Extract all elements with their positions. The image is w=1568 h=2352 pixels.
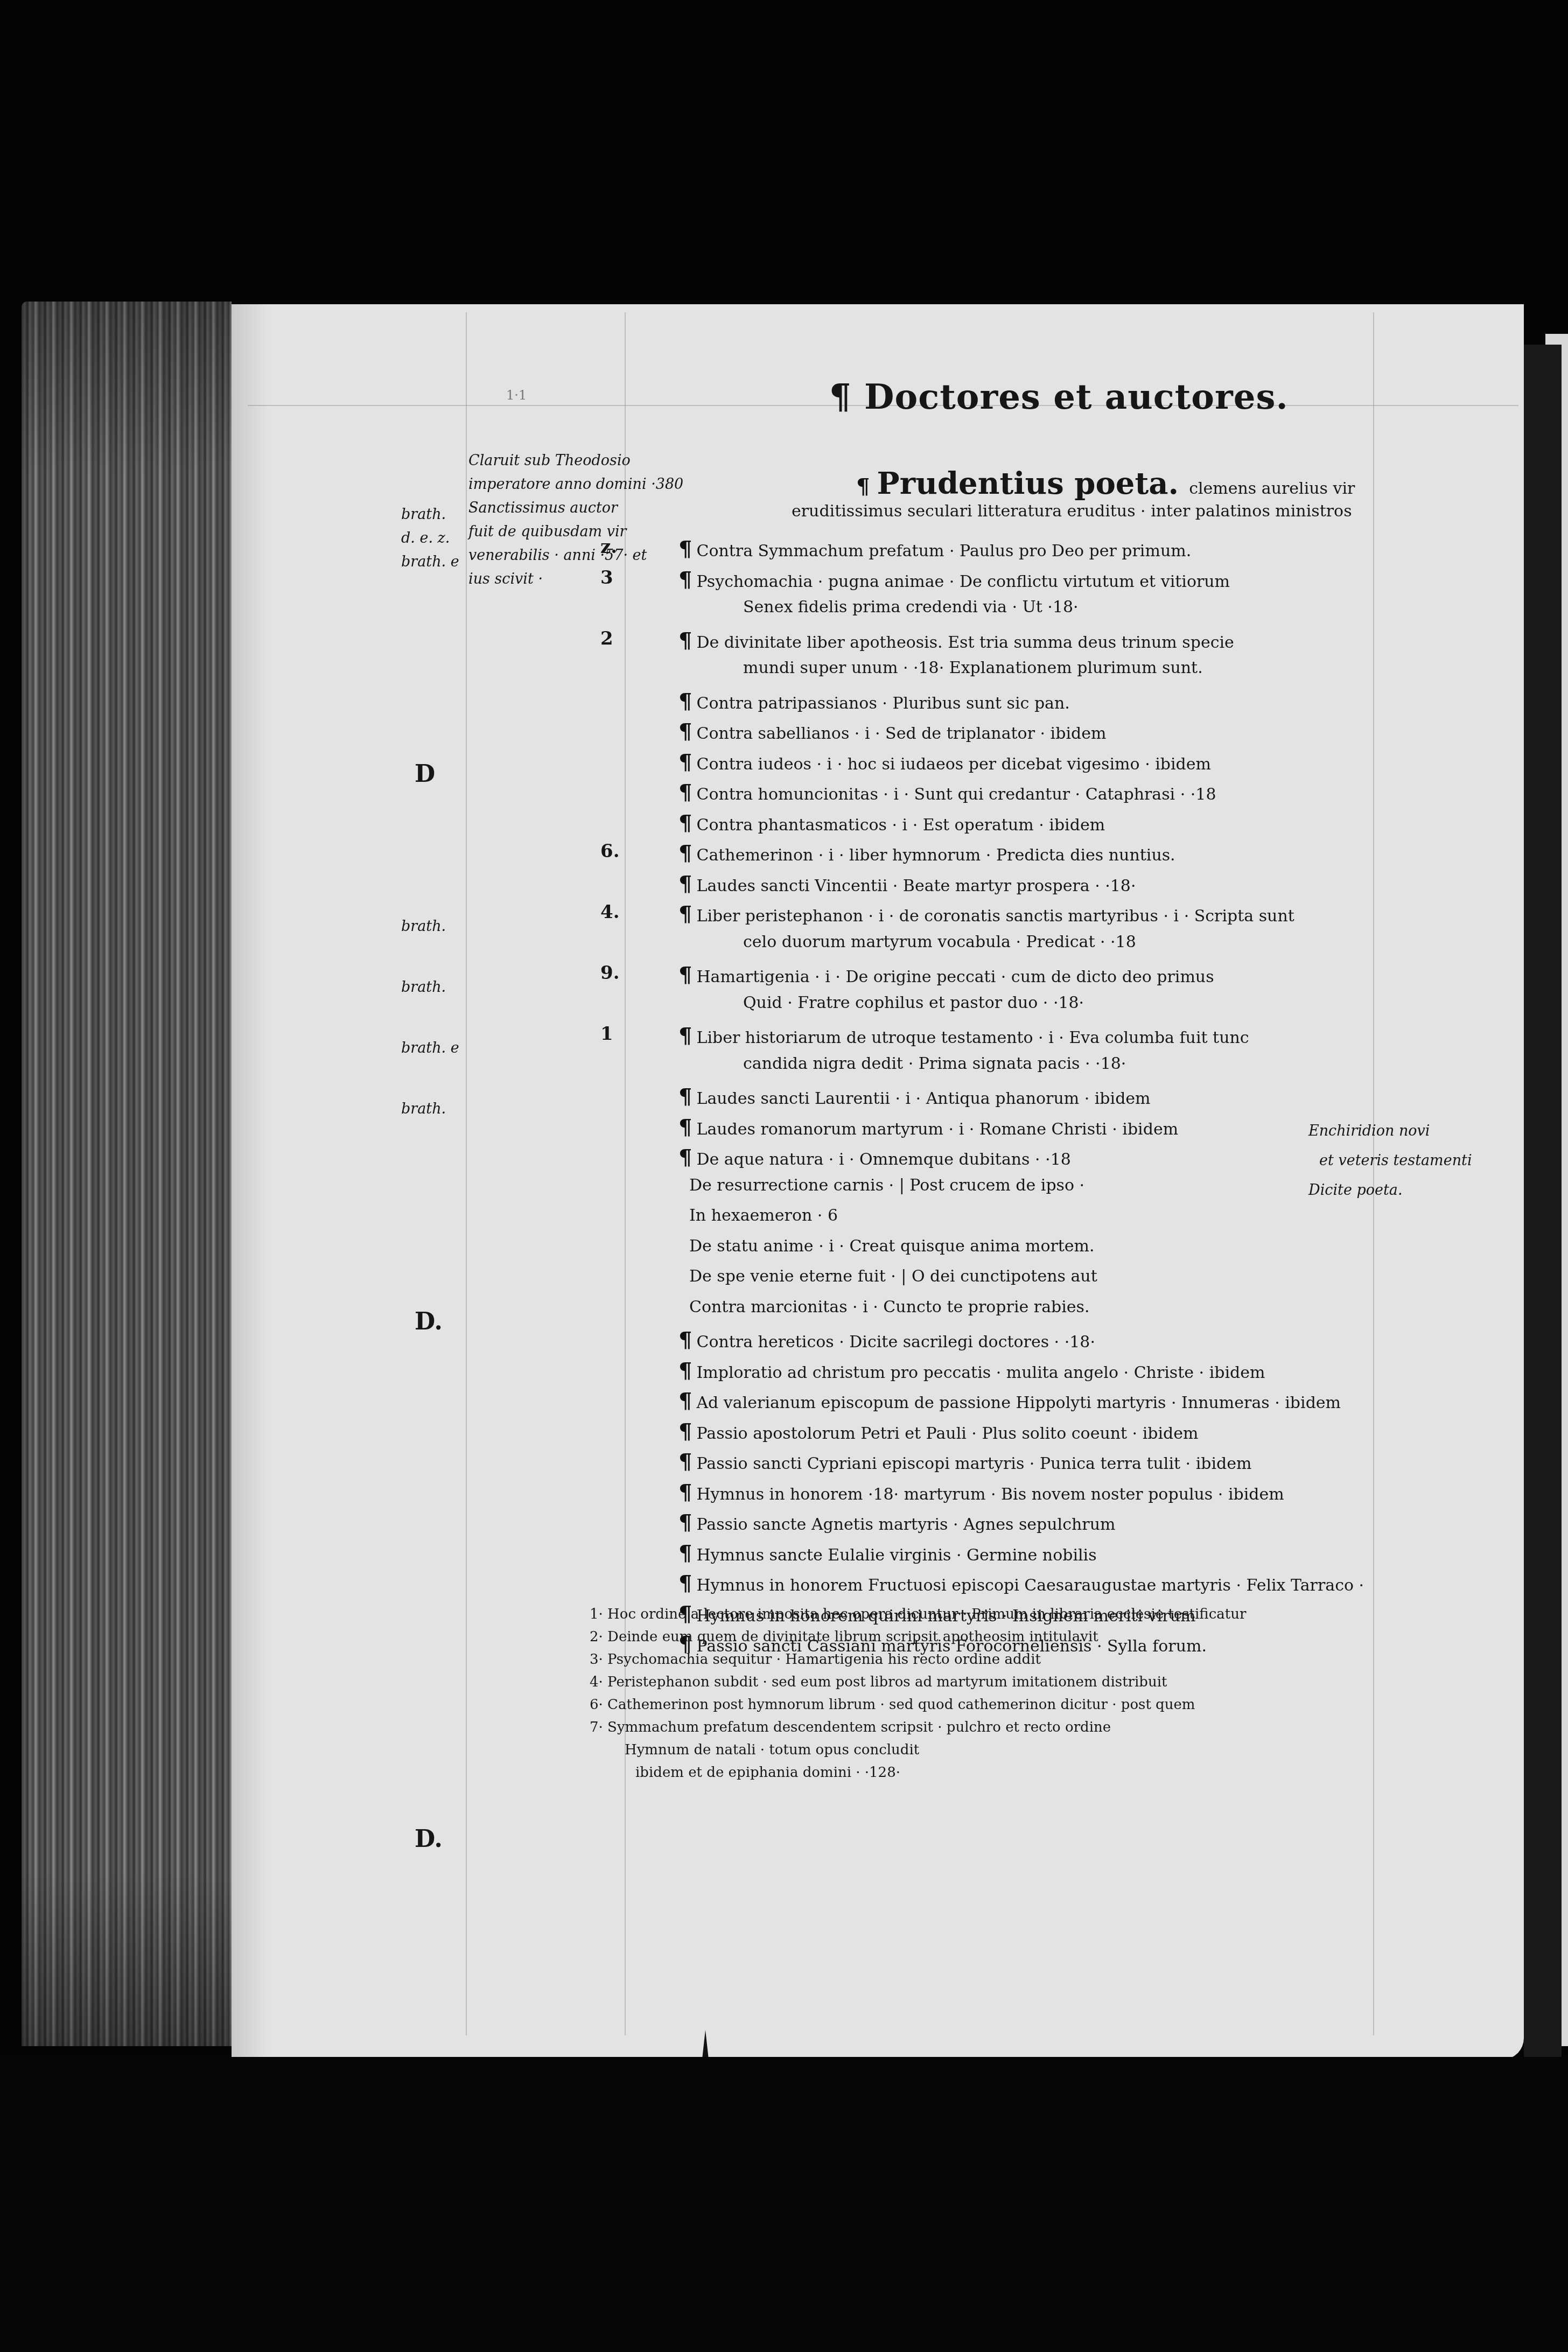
brath-mark: d. e. z. — [401, 530, 450, 547]
entry-text: Contra hereticos · Dicite sacrilegi doct… — [696, 1333, 1095, 1352]
entry-text: Liber peristephanon · i · de coronatis s… — [696, 907, 1294, 926]
pilcrow-icon: ¶ — [678, 901, 692, 927]
pilcrow-icon: ¶ — [678, 1084, 692, 1109]
entry-text: Contra Symmachum prefatum · Paulus pro D… — [696, 542, 1191, 561]
entry-text: Ad valerianum episcopum de passione Hipp… — [696, 1394, 1341, 1412]
pilcrow-icon: ¶ — [678, 841, 692, 866]
entry-text: De spe venie eterne fuit · | O dei cunct… — [689, 1267, 1097, 1286]
entry-text: Contra iudeos · i · hoc si iudaeos per d… — [696, 755, 1211, 774]
entry-text: Contra sabellianos · i · Sed de triplana… — [696, 724, 1106, 743]
brath-mark: brath. — [401, 918, 446, 935]
order-number: 9. — [600, 962, 620, 984]
pilcrow-icon: ¶ — [678, 689, 692, 714]
section-mark: D — [415, 760, 435, 788]
pilcrow-icon: ¶ — [678, 962, 692, 988]
binding-gutter — [1524, 345, 1562, 2068]
entry-text: Liber historiarum de utroque testamento … — [696, 1028, 1249, 1047]
pilcrow-icon: ¶ — [678, 628, 692, 653]
pilcrow-icon: ¶ — [678, 1327, 692, 1353]
order-number: 3 — [600, 567, 613, 589]
footnote-line: ibidem et de epiphania domini · ·128· — [635, 1766, 900, 1780]
entry-text: Contra homuncionitas · i · Sunt qui cred… — [696, 785, 1216, 804]
entry-text: celo duorum martyrum vocabula · Predicat… — [743, 933, 1136, 951]
entry-line: ¶Passio apostolorum Petri et Pauli · Plu… — [678, 1421, 1199, 1443]
pilcrow-icon: ¶ — [678, 871, 692, 897]
pilcrow-icon: ¶ — [678, 810, 692, 836]
bottom-shadow — [0, 2057, 1568, 2352]
entry-line: De spe venie eterne fuit · | O dei cunct… — [689, 1269, 1097, 1285]
entry-line: Senex fidelis prima credendi via · Ut ·1… — [743, 599, 1079, 615]
pilcrow-icon: ¶ — [678, 567, 692, 592]
biography-line: venerabilis · anni ·57· et — [468, 547, 647, 564]
footnote-line: 1· Hoc ordine a lectore imposita hec ope… — [590, 1607, 1246, 1621]
biography-line: ius scivit · — [468, 571, 543, 587]
entry-line: ¶Hamartigenia · i · De origine peccati ·… — [678, 964, 1214, 986]
order-number: 2 — [600, 628, 613, 649]
entry-text: Senex fidelis prima credendi via · Ut ·1… — [743, 598, 1079, 617]
entry-line: ¶Passio sancte Agnetis martyris · Agnes … — [678, 1512, 1115, 1534]
entry-line: ¶Laudes romanorum martyrum · i · Romane … — [678, 1117, 1178, 1138]
order-number: 1 — [600, 1023, 613, 1045]
author-intro-line: eruditissimus seculari litteratura erudi… — [792, 503, 1352, 520]
section-mark: D. — [415, 1308, 443, 1335]
entry-text: Hymnus sancte Eulalie virginis · Germine… — [696, 1546, 1096, 1565]
biography-line: imperatore anno domini ·380 — [468, 476, 683, 493]
entry-line: ¶Hymnus in honorem ·18· martyrum · Bis n… — [678, 1482, 1284, 1503]
entry-line: ¶Cathemerinon · i · liber hymnorum · Pre… — [678, 843, 1175, 864]
pilcrow-icon: ¶ — [678, 536, 692, 562]
entry-line: ¶Laudes sancti Laurentii · i · Antiqua p… — [678, 1086, 1151, 1108]
pilcrow-icon: ¶ — [678, 1023, 692, 1048]
pilcrow-icon: ¶ — [678, 1388, 692, 1413]
entry-line: ¶Hymnus sancte Eulalie virginis · Germin… — [678, 1543, 1097, 1564]
entry-text: De aque natura · i · Omnemque dubitans ·… — [696, 1150, 1070, 1169]
entry-line: ¶Contra phantasmaticos · i · Est operatu… — [678, 813, 1105, 834]
footnote-line: 6· Cathemerinon post hymnorum librum · s… — [590, 1698, 1195, 1712]
pilcrow-icon: ¶ — [678, 1480, 692, 1505]
entry-text: Passio sancti Cypriani episcopi martyris… — [696, 1454, 1251, 1473]
entry-line: ¶Liber historiarum de utroque testamento… — [678, 1025, 1249, 1047]
entry-line: Contra marcionitas · i · Cuncto te propr… — [689, 1299, 1090, 1315]
pilcrow-icon: ¶ — [678, 1115, 692, 1140]
entry-text: De resurrectione carnis · | Post crucem … — [689, 1176, 1084, 1195]
pilcrow-icon: ¶ — [856, 474, 870, 499]
entry-line: De statu anime · i · Creat quisque anima… — [689, 1238, 1095, 1255]
ruling-line — [625, 312, 626, 2035]
entry-line: ¶De divinitate liber apotheosis. Est tri… — [678, 630, 1234, 652]
entry-line: ¶Ad valerianum episcopum de passione Hip… — [678, 1390, 1341, 1412]
entry-line: ¶Contra sabellianos · i · Sed de triplan… — [678, 721, 1106, 743]
entry-text: Contra phantasmaticos · i · Est operatum… — [696, 816, 1105, 835]
pilcrow-icon: ¶ — [678, 1449, 692, 1474]
pilcrow-icon: ¶ — [829, 377, 852, 417]
entry-text: candida nigra dedit · Prima signata paci… — [743, 1054, 1126, 1073]
pilcrow-icon: ¶ — [678, 780, 692, 805]
entry-text: Contra patripassianos · Pluribus sunt si… — [696, 694, 1069, 713]
entry-line: ¶Imploratio ad christum pro peccatis · m… — [678, 1360, 1265, 1382]
footnote-line: 7· Symmachum prefatum descendentem scrip… — [590, 1720, 1111, 1734]
entry-text: mundi super unum · ·18· Explanationem pl… — [743, 659, 1203, 677]
pilcrow-icon: ¶ — [678, 1571, 692, 1596]
entry-line: ¶Contra homuncionitas · i · Sunt qui cre… — [678, 782, 1216, 803]
entry-line: celo duorum martyrum vocabula · Predicat… — [743, 934, 1136, 950]
entry-line: ¶Liber peristephanon · i · de coronatis … — [678, 904, 1294, 925]
pilcrow-icon: ¶ — [678, 1419, 692, 1444]
entry-line: mundi super unum · ·18· Explanationem pl… — [743, 660, 1203, 676]
entry-line: ¶Contra iudeos · i · hoc si iudaeos per … — [678, 752, 1211, 773]
entry-line: De resurrectione carnis · | Post crucem … — [689, 1178, 1084, 1194]
entry-text: In hexaemeron · 6 — [689, 1206, 838, 1225]
footnote-line: 2· Deinde eum quem de divinitate librum … — [590, 1630, 1098, 1644]
section-mark: D. — [415, 1825, 443, 1853]
entry-text: Hamartigenia · i · De origine peccati · … — [696, 968, 1214, 986]
entry-text: Laudes sancti Vincentii · Beate martyr p… — [696, 877, 1136, 895]
ruling-line — [466, 312, 467, 2035]
pilcrow-icon: ¶ — [678, 750, 692, 775]
entry-text: De statu anime · i · Creat quisque anima… — [689, 1237, 1095, 1256]
brath-mark: brath. e — [401, 554, 459, 570]
pilcrow-icon: ¶ — [678, 1145, 692, 1170]
brath-mark: brath. — [401, 1101, 446, 1117]
order-number: z. — [600, 536, 617, 558]
entry-text: Passio apostolorum Petri et Pauli · Plus… — [696, 1424, 1198, 1443]
pilcrow-icon: ¶ — [678, 1541, 692, 1566]
order-number: 6. — [600, 841, 620, 862]
right-note-line: et veteris testamenti — [1319, 1152, 1472, 1169]
entry-text: Imploratio ad christum pro peccatis · mu… — [696, 1363, 1265, 1382]
entry-text: Contra marcionitas · i · Cuncto te propr… — [689, 1298, 1090, 1317]
pilcrow-icon: ¶ — [678, 1510, 692, 1535]
entry-line: ¶Contra Symmachum prefatum · Paulus pro … — [678, 538, 1191, 560]
page-number: 1·1 — [506, 388, 527, 403]
entry-text: Psychomachia · pugna animae · De conflic… — [696, 572, 1230, 591]
brath-mark: brath. e — [401, 1040, 459, 1056]
brath-mark: brath. — [401, 979, 446, 996]
entry-line: ¶Contra patripassianos · Pluribus sunt s… — [678, 691, 1070, 712]
pilcrow-icon: ¶ — [678, 719, 692, 744]
entry-text: Quid · Fratre cophilus et pastor duo · ·… — [743, 993, 1084, 1012]
biography-line: Claruit sub Theodosio — [468, 452, 631, 469]
entry-line: Quid · Fratre cophilus et pastor duo · ·… — [743, 995, 1084, 1011]
entry-text: Hymnus in honorem Fructuosi episcopi Cae… — [696, 1576, 1364, 1595]
entry-text: De divinitate liber apotheosis. Est tria… — [696, 633, 1234, 652]
entry-line: candida nigra dedit · Prima signata paci… — [743, 1056, 1126, 1072]
footnote-line: Hymnum de natali · totum opus concludit — [625, 1743, 919, 1757]
right-note-line: Enchiridion novi — [1308, 1123, 1430, 1139]
entry-line: ¶De aque natura · i · Omnemque dubitans … — [678, 1147, 1071, 1168]
entry-text: Laudes sancti Laurentii · i · Antiqua ph… — [696, 1089, 1150, 1108]
biography-line: Sanctissimus auctor — [468, 500, 618, 516]
entry-line: ¶Laudes sancti Vincentii · Beate martyr … — [678, 873, 1136, 895]
page-heading: ¶ Doctores et auctores. — [829, 377, 1289, 417]
book-fore-edge — [22, 302, 232, 2046]
entry-text: Laudes romanorum martyrum · i · Romane C… — [696, 1120, 1178, 1139]
author-heading: ¶ Prudentius poeta. clemens aurelius vir — [856, 466, 1355, 501]
order-number: 4. — [600, 901, 620, 923]
entry-text: Cathemerinon · i · liber hymnorum · Pred… — [696, 846, 1175, 865]
entry-line: ¶Passio sancti Cypriani episcopi martyri… — [678, 1451, 1251, 1473]
entry-line: ¶Contra hereticos · Dicite sacrilegi doc… — [678, 1329, 1095, 1351]
footnote-line: 3· Psychomachia sequitur · Hamartigenia … — [590, 1653, 1041, 1667]
entry-text: Hymnus in honorem ·18· martyrum · Bis no… — [696, 1485, 1284, 1504]
entry-line: In hexaemeron · 6 — [689, 1208, 838, 1224]
footnote-line: 4· Peristephanon subdit · sed eum post l… — [590, 1675, 1167, 1689]
entry-text: Passio sancte Agnetis martyris · Agnes s… — [696, 1515, 1115, 1534]
entry-line: ¶Hymnus in honorem Fructuosi episcopi Ca… — [678, 1573, 1364, 1594]
pilcrow-icon: ¶ — [678, 1358, 692, 1383]
brath-mark: brath. — [401, 506, 446, 523]
right-note-line: Dicite poeta. — [1308, 1182, 1403, 1199]
entry-line: ¶Psychomachia · pugna animae · De confli… — [678, 569, 1230, 591]
heading-text: Doctores et auctores. — [864, 377, 1289, 417]
ruling-line — [1373, 312, 1374, 2035]
